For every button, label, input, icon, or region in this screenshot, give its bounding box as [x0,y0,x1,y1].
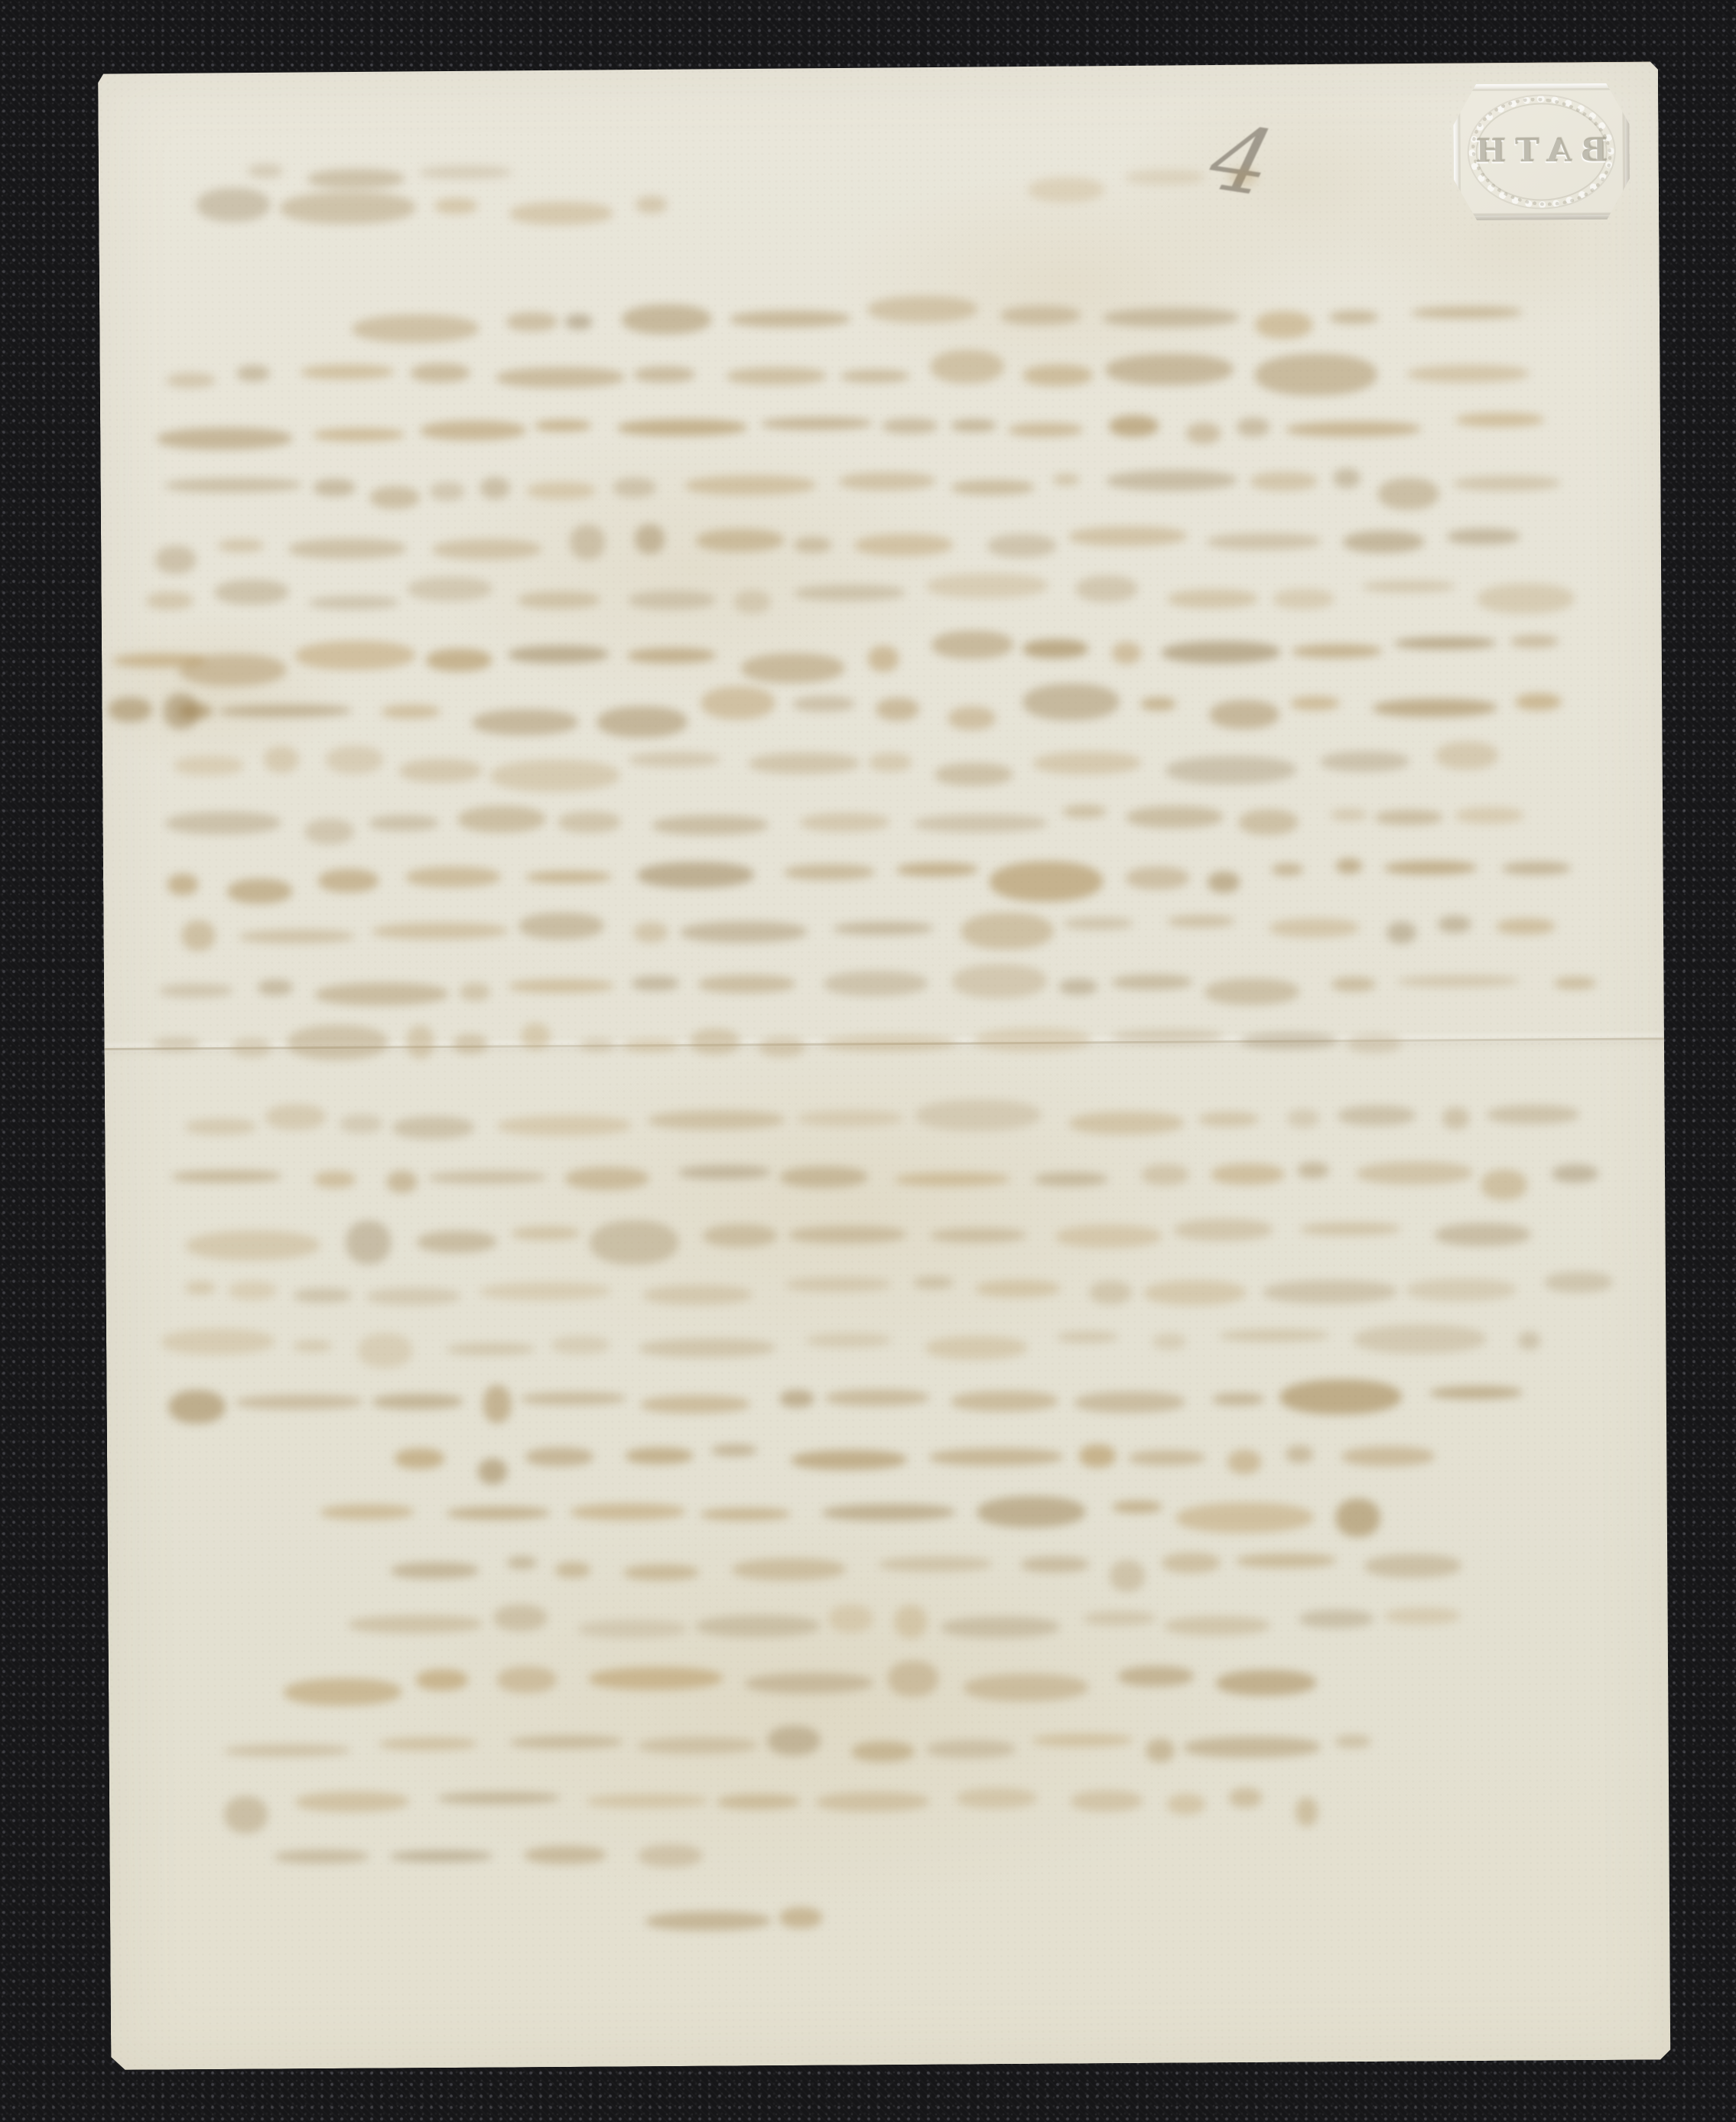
ink-word-blob [711,1444,757,1456]
ink-word-blob [478,1459,507,1485]
ink-word-blob [352,314,480,343]
ink-word-blob [1208,533,1322,550]
ink-bleedthrough-line [108,688,212,725]
ink-word-blob [952,963,1047,998]
ink-word-blob [1334,469,1361,488]
ink-word-blob [1481,1169,1527,1200]
ink-word-blob [927,1740,1016,1758]
ink-word-blob [1335,858,1362,874]
ink-word-blob [326,745,383,774]
ink-word-blob [416,1668,468,1691]
stamp-text: BATH [1454,131,1630,170]
ink-word-blob [622,304,712,334]
ink-word-blob [526,481,595,499]
ink-word-blob [637,1736,758,1755]
ink-word-blob [1394,637,1495,649]
ink-word-blob [1455,412,1544,427]
ink-word-blob [645,1912,771,1932]
ink-word-blob [112,653,206,668]
ink-word-blob [1273,589,1335,610]
ink-word-blob [181,920,215,951]
ink-word-blob [956,1787,1038,1808]
ink-word-blob [392,1116,474,1140]
ink-word-blob [1126,806,1224,828]
ink-word-blob [1219,1329,1330,1342]
ink-word-blob [1144,1280,1247,1306]
ink-word-blob [521,1392,626,1406]
ink-word-blob [935,763,1013,786]
ink-bleedthrough-line [223,1722,1370,1766]
ink-word-blob [888,1661,938,1697]
ink-word-blob [370,486,420,509]
ink-word-blob [447,1506,551,1520]
ink-word-blob [1071,1790,1143,1811]
ink-word-blob [1406,1278,1516,1302]
ink-word-blob [555,1562,590,1578]
ink-word-blob [248,164,283,178]
ink-word-blob [914,1277,954,1289]
ink-word-blob [509,202,613,225]
ink-word-blob [749,752,860,774]
ink-word-blob [1320,750,1409,772]
ink-bleedthrough-line [391,1542,1500,1587]
ink-word-blob [510,1735,623,1749]
ink-word-blob [239,929,355,944]
ink-word-blob [480,477,510,500]
ink-word-blob [166,811,281,835]
ink-word-blob [447,1343,535,1355]
ink-word-blob [638,1844,702,1867]
ink-word-blob [701,686,775,720]
ink-bleedthrough [98,61,1671,2069]
ink-word-blob [1335,1735,1370,1748]
ink-word-blob [214,579,288,605]
ink-bleedthrough-line [171,1152,1598,1198]
ink-word-blob [626,1447,694,1464]
ink-word-blob [1435,741,1498,770]
ink-word-blob [930,350,1004,384]
ink-word-blob [732,1557,846,1581]
ink-word-blob [1375,810,1443,825]
ink-word-blob [977,1495,1086,1528]
ink-word-blob [1162,641,1280,664]
ink-word-blob [315,982,449,1005]
ink-word-blob [879,1557,992,1573]
ink-bleedthrough-line [164,460,1561,506]
ink-word-blob [320,1504,414,1520]
ink-word-blob [695,1614,820,1638]
ink-bleedthrough-line [352,293,1522,337]
ink-word-blob [915,1099,1041,1131]
ink-word-blob [460,982,490,1001]
ink-word-blob [876,698,918,721]
ink-word-blob [929,1448,1064,1466]
ink-word-blob [517,591,600,609]
ink-word-blob [161,1328,275,1355]
ink-word-blob [1269,918,1359,938]
ink-word-blob [784,864,875,880]
ink-word-blob [1544,1271,1612,1293]
ink-word-blob [565,314,592,330]
ink-word-blob [372,922,509,940]
ink-word-blob [780,1166,867,1188]
ink-word-blob [816,1792,930,1812]
ink-word-blob [1211,1164,1284,1185]
ink-word-blob [1430,1385,1523,1399]
pencil-page-number: 4 [1175,94,1306,236]
ink-word-blob [701,1508,791,1520]
ink-word-blob [1028,177,1104,203]
ink-bleedthrough-line [284,1655,1316,1698]
ink-word-blob [301,364,394,380]
ink-word-blob [1354,1324,1485,1353]
ink-word-blob [941,1616,1059,1639]
ink-word-blob [295,1791,409,1812]
ink-word-blob [1384,1607,1460,1625]
ink-word-blob [453,1034,487,1054]
ink-word-blob [1167,589,1257,608]
ink-word-blob [1084,1611,1156,1626]
ink-word-blob [1109,415,1159,437]
ink-word-blob [437,1792,560,1805]
ink-word-blob [1338,1105,1416,1127]
ink-word-blob [851,1741,915,1762]
ink-word-blob [108,697,151,722]
ink-word-blob [1435,1223,1531,1246]
ink-word-blob [1387,921,1416,943]
ink-word-blob [497,1115,632,1137]
ink-word-blob [159,984,233,998]
ink-word-blob [824,1388,930,1406]
ink-word-blob [834,922,934,936]
ink-word-blob [1255,353,1377,396]
ink-word-blob [366,1287,461,1306]
ink-word-blob [346,1220,392,1264]
ink-word-blob [1126,866,1189,889]
ink-word-blob [652,815,769,835]
ink-word-blob [1286,421,1422,438]
ink-word-blob [643,1284,753,1305]
ink-word-blob [509,978,613,993]
ink-word-blob [1111,975,1192,990]
ink-word-blob [1164,1616,1269,1636]
ink-word-blob [577,1619,688,1639]
ink-bleedthrough-line [167,849,1571,895]
ink-word-blob [869,753,912,772]
ink-word-blob [1439,916,1471,932]
ink-word-blob [1329,311,1378,324]
ink-word-blob [1447,529,1520,545]
ink-bleedthrough-line [395,1431,1465,1475]
ink-word-blob [1079,1445,1116,1468]
ink-word-blob [1341,1447,1435,1467]
ink-word-blob [171,1170,281,1183]
ink-word-blob [1055,1224,1162,1248]
ink-bleedthrough-line [179,627,1559,672]
ink-word-blob [1032,1733,1133,1747]
ink-word-blob [1022,639,1088,658]
ink-word-blob [1008,423,1083,438]
ink-word-blob [284,1678,402,1707]
ink-word-blob [788,1225,906,1244]
ink-word-blob [1204,978,1299,1006]
ink-word-blob [457,806,546,833]
ink-word-blob [420,420,526,441]
ink-word-blob [395,1448,444,1469]
ink-word-blob [1063,917,1133,930]
ink-word-blob [1142,1164,1190,1186]
ink-bleedthrough-line [181,905,1555,951]
ink-word-blob [1053,474,1080,486]
ink-word-blob [632,976,680,991]
ink-word-blob [506,312,557,331]
ink-word-blob [828,1604,873,1633]
ink-word-blob [806,1333,892,1348]
ink-word-blob [1487,1105,1579,1124]
ink-word-blob [1291,696,1340,711]
ink-word-blob [490,760,619,792]
ink-word-blob [307,168,404,189]
ink-word-blob [951,480,1034,496]
ink-word-blob [288,1024,388,1060]
ink-word-blob [1057,1331,1118,1343]
ink-word-blob [237,366,270,382]
ink-word-blob [633,922,668,943]
ink-word-blob [1255,311,1312,339]
ink-word-blob [623,1564,699,1581]
ink-word-blob [761,417,873,429]
ink-word-blob [745,1672,874,1694]
ink-word-blob [678,1165,770,1180]
ink-word-blob [597,706,688,738]
ink-word-blob [733,591,771,614]
ink-word-blob [1000,306,1081,326]
ink-word-blob [792,695,854,711]
ink-word-blob [1212,1393,1263,1405]
ink-word-blob [1118,1666,1194,1687]
ink-word-blob [791,1450,908,1470]
ink-word-blob [797,1110,902,1128]
ink-word-blob [1162,1552,1221,1574]
ink-word-blob [1210,699,1279,729]
ink-word-blob [197,188,271,223]
ink-word-blob [1174,1219,1273,1242]
ink-word-blob [931,630,1013,659]
ink-word-blob [340,1114,382,1134]
ink-word-blob [785,1277,890,1292]
ink-bleedthrough-line [166,794,1524,840]
ink-word-blob [551,1336,610,1355]
ink-word-blob [1165,755,1296,784]
ink-word-blob [1455,806,1523,824]
ink-word-blob [913,814,1047,833]
ink-word-blob [1236,1553,1336,1568]
ink-word-blob [570,525,605,560]
ink-word-blob [1128,1450,1205,1466]
ink-word-blob [228,1281,276,1300]
ink-word-blob [1239,809,1299,835]
ink-word-blob [1452,475,1561,492]
ink-word-blob [497,1666,557,1694]
ink-word-blob [895,1172,1010,1187]
ink-word-blob [629,752,720,768]
ink-word-blob [1330,809,1367,821]
ink-word-blob [166,373,215,389]
ink-word-blob [525,1447,593,1466]
ink-word-blob [684,475,815,496]
ink-bleedthrough-line [155,516,1520,561]
ink-word-blob [218,539,264,553]
ink-word-blob [1287,1108,1319,1128]
ink-word-blob [512,1226,580,1240]
ink-word-blob [1033,751,1141,775]
ink-word-blob [1106,354,1234,386]
ink-word-blob [1477,584,1574,614]
ink-word-blob [648,1110,785,1131]
ink-word-blob [698,975,795,993]
ink-word-blob [1022,683,1119,720]
ink-bleedthrough-line [147,571,1575,617]
ink-word-blob [1208,871,1240,893]
ink-word-blob [318,868,379,892]
ink-word-blob [925,1336,1027,1359]
ink-word-blob [635,524,665,554]
ink-word-blob [1198,1111,1260,1128]
ink-word-blob [590,1220,678,1265]
ink-word-blob [1384,861,1477,875]
ink-word-blob [867,295,977,324]
ink-word-blob [629,590,715,610]
ink-word-blob [987,534,1056,558]
ink-word-blob [174,755,243,776]
ink-word-blob [894,1604,928,1639]
ink-word-blob [314,1171,356,1188]
ink-word-blob [1364,1554,1461,1577]
ink-word-blob [1103,308,1239,327]
ink-word-blob [1250,472,1318,491]
ink-word-blob [405,866,501,887]
ink-word-blob [627,648,715,664]
fold-crease [104,1037,1664,1050]
ink-word-blob [1357,1161,1473,1185]
ink-word-blob [1186,422,1221,444]
ink-word-blob [951,419,996,432]
ink-word-blob [1183,1736,1321,1759]
ink-word-blob [822,1503,956,1522]
ink-word-blob [357,1333,412,1369]
ink-word-blob [794,536,831,552]
ink-word-blob [434,197,477,213]
ink-word-blob [163,693,199,729]
ink-word-blob [838,471,935,490]
ink-bleedthrough-line [185,1263,1612,1309]
ink-bleedthrough-line [224,1777,1318,1821]
ink-word-blob [168,1390,226,1424]
ink-word-blob [155,545,196,574]
ink-word-blob [294,1288,351,1303]
ink-word-blob [1299,1609,1374,1629]
ink-word-blob [963,1673,1088,1701]
ink-word-blob [1070,1111,1185,1135]
bath-embossed-stamp: BATH [1453,83,1630,221]
ink-word-blob [258,979,293,996]
ink-word-blob [426,649,492,672]
ink-word-blob [1363,580,1455,593]
ink-word-blob [313,428,405,441]
ink-word-blob [314,479,356,497]
ink-word-blob [1106,470,1237,492]
ink-word-blob [419,165,512,179]
ink-word-blob [990,861,1104,902]
ink-word-blob [218,705,352,718]
ink-word-blob [281,191,416,224]
ink-bleedthrough-line [186,1208,1551,1254]
ink-word-blob [411,363,470,383]
ink-word-blob [779,1390,814,1408]
ink-bleedthrough-line [197,186,667,226]
ink-word-blob [304,819,354,845]
ink-word-blob [1407,364,1529,383]
ink-word-blob [493,1604,548,1631]
ink-word-blob [634,366,695,382]
ink-word-blob [589,1667,723,1691]
ink-bleedthrough-line [274,1837,702,1876]
ink-word-blob [1062,805,1106,818]
ink-word-blob [390,1850,493,1863]
ink-word-blob [1336,1499,1380,1537]
ink-word-blob [224,1795,268,1834]
ink-bleedthrough-line [248,151,512,190]
ink-word-blob [1378,477,1439,510]
ink-word-blob [1068,526,1187,547]
ink-word-blob [1167,1793,1205,1815]
ink-word-blob [507,1557,537,1570]
ink-word-blob [951,1391,1058,1412]
ink-word-blob [896,862,978,877]
ink-word-blob [1442,1107,1469,1129]
ink-word-blob [868,646,898,672]
ink-word-blob [696,529,783,552]
ink-word-blob [768,1726,821,1756]
ink-word-blob [926,573,1048,599]
ink-word-blob [1229,1788,1262,1808]
ink-word-blob [680,921,807,943]
ink-word-blob [840,369,910,382]
scan-backdrop: BATH 4 [0,0,1736,2122]
ink-word-blob [417,1230,496,1253]
ink-word-blob [617,418,747,436]
ink-bleedthrough-line [166,348,1529,394]
ink-word-blob [691,1028,740,1055]
ink-word-blob [1090,1281,1132,1305]
ink-word-blob [288,538,406,559]
ink-word-blob [1496,919,1555,936]
ink-bleedthrough-line [320,1488,1380,1531]
ink-word-blob [379,1737,476,1751]
ink-bleedthrough-line [174,738,1538,784]
ink-word-blob [185,1281,215,1294]
ink-bleedthrough-line [349,1598,1501,1642]
ink-word-blob [759,1037,805,1057]
ink-word-blob [1271,864,1303,876]
ink-word-blob [1295,1798,1318,1827]
ink-word-blob [1502,861,1571,875]
ink-word-blob [1110,1560,1145,1593]
ink-word-blob [519,913,604,939]
ink-word-blob [1075,575,1137,602]
ink-word-blob [854,533,954,557]
ink-word-blob [1034,1172,1108,1186]
